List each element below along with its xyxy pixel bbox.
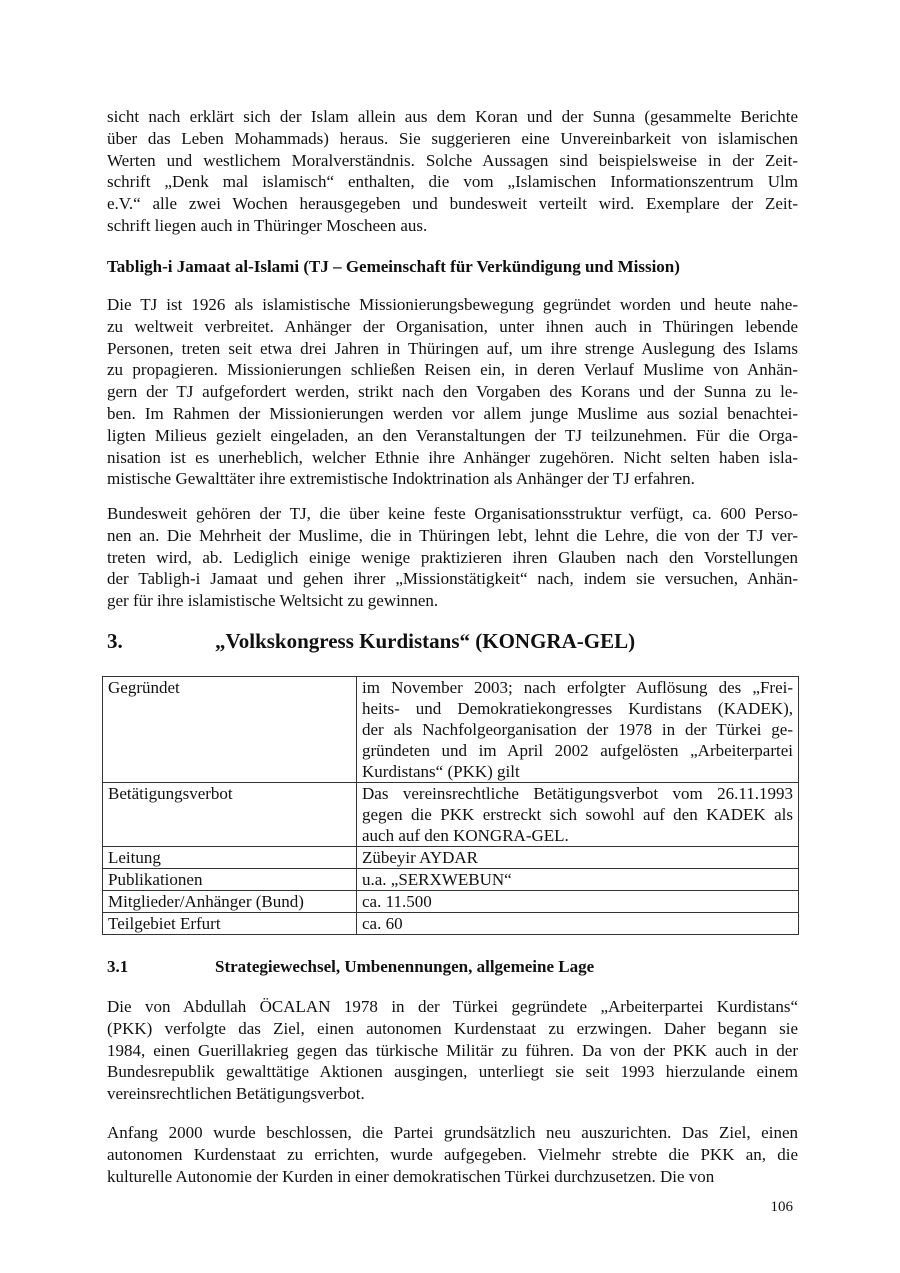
intro-paragraph-line: sicht nach erklärt sich der Islam allein… bbox=[107, 106, 798, 127]
pkk-paragraph-1-line: vereinsrechtlichen Betätigungsverbot. bbox=[107, 1083, 798, 1104]
document-page: sicht nach erklärt sich der Islam allein… bbox=[0, 0, 900, 1273]
intro-paragraph-line: Werten und westlichem Moralverständnis. … bbox=[107, 150, 798, 171]
tj-paragraph-1-line: nisation ist es unerheblich, welcher Eth… bbox=[107, 447, 798, 468]
pkk-paragraph-2-line: autonomen Kurdenstaat zu errichten, wurd… bbox=[107, 1144, 798, 1165]
table-value-cell: Das vereinsrechtliche Betätigungsverbot … bbox=[357, 783, 799, 847]
table-row: Mitglieder/Anhänger (Bund)ca. 11.500 bbox=[103, 891, 799, 913]
page-number: 106 bbox=[771, 1199, 794, 1216]
pkk-paragraph-1-line: Die von Abdullah ÖCALAN 1978 in der Türk… bbox=[107, 996, 798, 1017]
tj-heading: Tabligh-i Jamaat al-Islami (TJ – Gemeins… bbox=[107, 256, 680, 277]
section-number: 3. bbox=[107, 628, 215, 654]
table-row: Teilgebiet Erfurtca. 60 bbox=[103, 913, 799, 935]
pkk-paragraph-2-line: Anfang 2000 wurde beschlossen, die Parte… bbox=[107, 1122, 798, 1143]
table-row: BetätigungsverbotDas vereinsrechtliche B… bbox=[103, 783, 799, 847]
section-3-heading: 3.„Volkskongress Kurdistans“ (KONGRA-GEL… bbox=[107, 628, 635, 654]
table-key-cell: Leitung bbox=[103, 847, 357, 869]
table-key-cell: Betätigungsverbot bbox=[103, 783, 357, 847]
intro-paragraph-line: über das Leben Mohammads) heraus. Sie su… bbox=[107, 128, 798, 149]
section-title: „Volkskongress Kurdistans“ (KONGRA-GEL) bbox=[215, 629, 635, 653]
tj-paragraph-1-line: ben. Im Rahmen der Missionierungen werde… bbox=[107, 403, 798, 424]
table-row: Publikationenu.a. „SERXWEBUN“ bbox=[103, 869, 799, 891]
tj-paragraph-1-line: zu propagieren. Missionierungen schließe… bbox=[107, 359, 798, 380]
table-value-cell: im November 2003; nach erfolgter Auflösu… bbox=[357, 677, 799, 783]
pkk-paragraph-1-line: Bundesrepublik gewalttätige Aktionen aus… bbox=[107, 1061, 798, 1082]
intro-paragraph-line: schrift „Denk mal islamisch“ enthalten, … bbox=[107, 171, 798, 192]
table-row: Gegründetim November 2003; nach erfolgte… bbox=[103, 677, 799, 783]
table-value-cell: ca. 60 bbox=[357, 913, 799, 935]
table-key-cell: Publikationen bbox=[103, 869, 357, 891]
section-3-1-heading: 3.1Strategiewechsel, Umbenennungen, allg… bbox=[107, 956, 594, 977]
tj-paragraph-2-line: nen an. Die Mehrheit der Muslime, die in… bbox=[107, 525, 798, 546]
table-key-cell: Mitglieder/Anhänger (Bund) bbox=[103, 891, 357, 913]
section-number: 3.1 bbox=[107, 956, 215, 977]
organization-info-table: Gegründetim November 2003; nach erfolgte… bbox=[102, 676, 799, 935]
tj-paragraph-2-line: treten wird, ab. Lediglich einige wenige… bbox=[107, 547, 798, 568]
section-title: Strategiewechsel, Umbenennungen, allgeme… bbox=[215, 957, 594, 976]
tj-paragraph-1-line: zu weltweit verbreitet. Anhänger der Org… bbox=[107, 316, 798, 337]
pkk-paragraph-1-line: (PKK) verfolgte das Ziel, einen autonome… bbox=[107, 1018, 798, 1039]
tj-paragraph-2-line: der Tabligh-i Jamaat und gehen ihrer „Mi… bbox=[107, 568, 798, 589]
table-value-cell: ca. 11.500 bbox=[357, 891, 799, 913]
tj-paragraph-1-line: Die TJ ist 1926 als islamistische Missio… bbox=[107, 294, 798, 315]
intro-paragraph-line: e.V.“ alle zwei Wochen herausgegeben und… bbox=[107, 193, 798, 214]
pkk-paragraph-1-line: 1984, einen Guerillakrieg gegen das türk… bbox=[107, 1040, 798, 1061]
tj-paragraph-2-line: Bundesweit gehören der TJ, die über kein… bbox=[107, 503, 798, 524]
table-key-cell: Teilgebiet Erfurt bbox=[103, 913, 357, 935]
table-key-cell: Gegründet bbox=[103, 677, 357, 783]
table-value-cell: Zübeyir AYDAR bbox=[357, 847, 799, 869]
table-row: LeitungZübeyir AYDAR bbox=[103, 847, 799, 869]
tj-paragraph-1-line: mistische Gewalttäter ihre extremistisch… bbox=[107, 468, 798, 489]
tj-paragraph-1-line: gern der TJ aufgefordert werden, strikt … bbox=[107, 381, 798, 402]
intro-paragraph-line: schrift liegen auch in Thüringer Moschee… bbox=[107, 215, 798, 236]
pkk-paragraph-2-line: kulturelle Autonomie der Kurden in einer… bbox=[107, 1166, 798, 1187]
tj-paragraph-1-line: ligten Milieus gezielt eingeladen, an de… bbox=[107, 425, 798, 446]
tj-paragraph-1-line: Personen, treten seit etwa drei Jahren i… bbox=[107, 338, 798, 359]
tj-paragraph-2-line: ger für ihre islamistische Weltsicht zu … bbox=[107, 590, 798, 611]
table-value-cell: u.a. „SERXWEBUN“ bbox=[357, 869, 799, 891]
